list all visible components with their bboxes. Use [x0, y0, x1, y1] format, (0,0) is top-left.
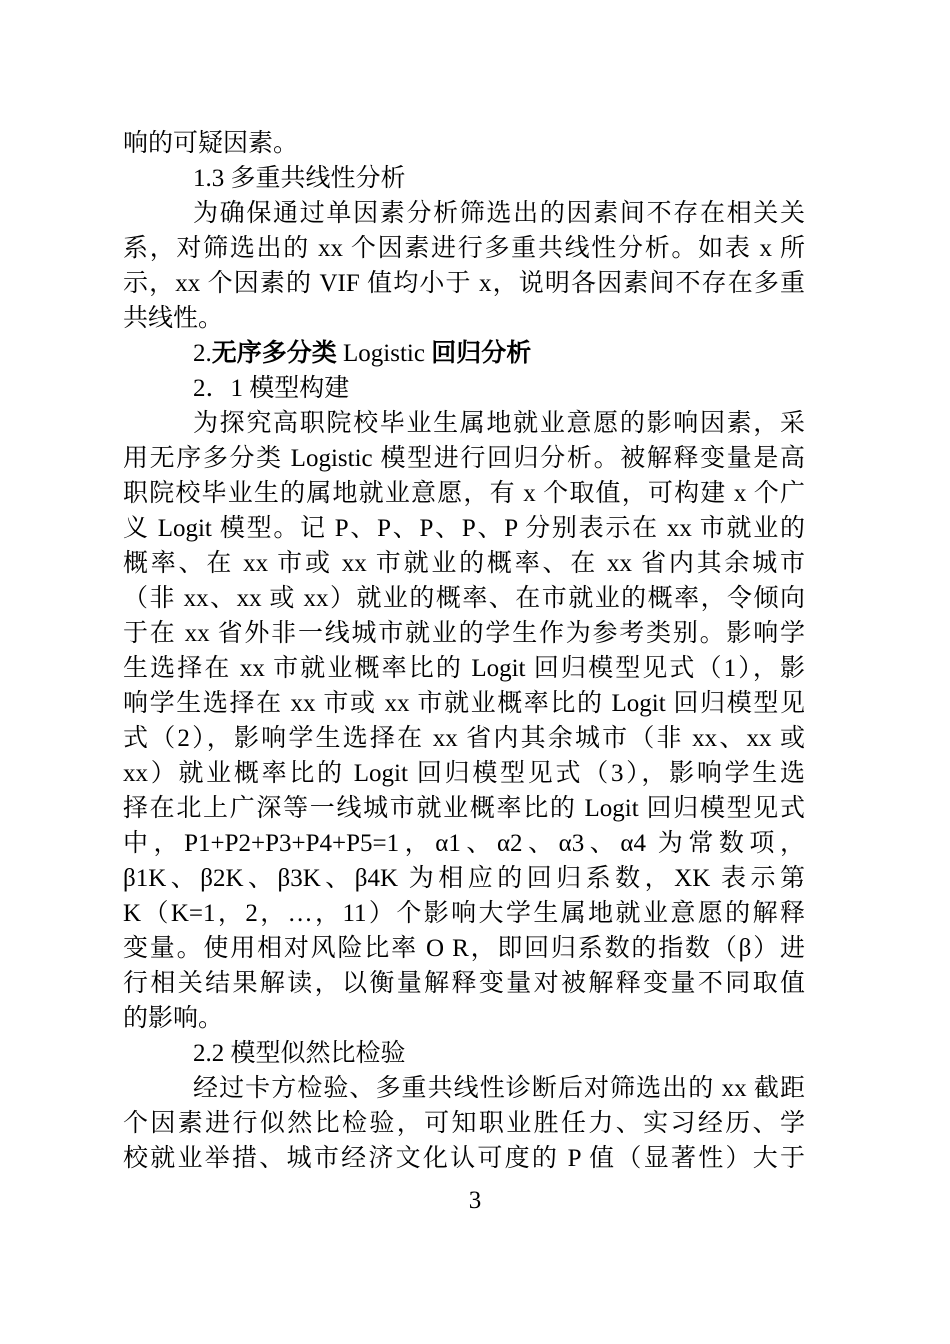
para-line: 义 Logit 模型。记 P、P、P、P、P 分别表示在 xx 市就业的	[123, 511, 805, 546]
para-line: 职院校毕业生的属地就业意愿，有 x 个取值，可构建 x 个广	[123, 476, 805, 511]
para-line: 择在北上广深等一线城市就业概率比的 Logit 回归模型见式	[123, 791, 805, 826]
para-line: 为确保通过单因素分析筛选出的因素间不存在相关关	[123, 196, 805, 231]
para-line: 校就业举措、城市经济文化认可度的 P 值（显著性）大于	[123, 1141, 805, 1176]
heading-2-number: 2.	[193, 340, 212, 367]
para-line: 响的可疑因素。	[123, 126, 805, 161]
para-line: 个因素进行似然比检验，可知职业胜任力、实习经历、学	[123, 1106, 805, 1141]
para-line: β1K、β2K、β3K、β4K 为相应的回归系数，XK 表示第	[123, 861, 805, 896]
document-page: 响的可疑因素。 1.3 多重共线性分析 为确保通过单因素分析筛选出的因素间不存在…	[0, 0, 950, 1344]
para-line: 中，P1+P2+P3+P4+P5=1，α1、α2、α3、α4 为常数项，	[123, 826, 805, 861]
text-block: 响的可疑因素。 1.3 多重共线性分析 为确保通过单因素分析筛选出的因素间不存在…	[123, 126, 805, 1176]
heading-2-cn-part1: 无序多分类	[212, 339, 337, 367]
heading-2-latin: Logistic	[337, 340, 431, 367]
para-line: 变量。使用相对风险比率 O R，即回归系数的指数（β）进	[123, 931, 805, 966]
para-line: 用无序多分类 Logistic 模型进行回归分析。被解释变量是高	[123, 441, 805, 476]
page-number: 3	[0, 1183, 950, 1218]
heading-1-3: 1.3 多重共线性分析	[123, 161, 805, 196]
heading-2-cn-part2: 回归分析	[431, 339, 531, 367]
para-line: xx）就业概率比的 Logit 回归模型见式（3），影响学生选	[123, 756, 805, 791]
para-line: K（K=1，2，…，11）个影响大学生属地就业意愿的解释	[123, 896, 805, 931]
para-line: 式（2），影响学生选择在 xx 省内其余城市（非 xx、xx 或	[123, 721, 805, 756]
para-line: 共线性。	[123, 301, 805, 336]
para-line: 系，对筛选出的 xx 个因素进行多重共线性分析。如表 x 所	[123, 231, 805, 266]
para-line: 经过卡方检验、多重共线性诊断后对筛选出的 xx 截距	[123, 1071, 805, 1106]
heading-2-2: 2.2 模型似然比检验	[123, 1036, 805, 1071]
heading-2-1: 2．1 模型构建	[123, 371, 805, 406]
para-line: 生选择在 xx 市就业概率比的 Logit 回归模型见式（1），影	[123, 651, 805, 686]
para-line: 于在 xx 省外非一线城市就业的学生作为参考类别。影响学	[123, 616, 805, 651]
para-line: 示，xx 个因素的 VIF 值均小于 x，说明各因素间不存在多重	[123, 266, 805, 301]
para-line: 响学生选择在 xx 市或 xx 市就业概率比的 Logit 回归模型见	[123, 686, 805, 721]
para-line: 的影响。	[123, 1001, 805, 1036]
heading-2: 2.无序多分类 Logistic 回归分析	[123, 336, 805, 371]
para-line: 概率、在 xx 市或 xx 市就业的概率、在 xx 省内其余城市	[123, 546, 805, 581]
para-line: 为探究高职院校毕业生属地就业意愿的影响因素，采	[123, 406, 805, 441]
para-line: （非 xx、xx 或 xx）就业的概率、在市就业的概率，令倾向	[123, 581, 805, 616]
para-line: 行相关结果解读，以衡量解释变量对被解释变量不同取值	[123, 966, 805, 1001]
